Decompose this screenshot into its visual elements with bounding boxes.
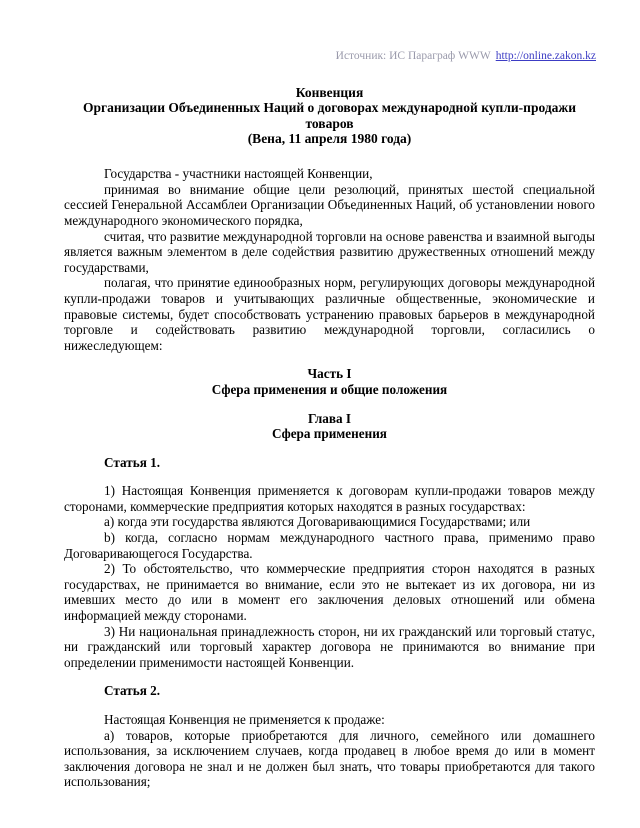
- article-2-paragraph: а) товаров, которые приобретаются для ли…: [64, 728, 595, 790]
- preamble-paragraph: Государства - участники настоящей Конвен…: [64, 166, 595, 182]
- title-line-4: (Вена, 11 апреля 1980 года): [64, 131, 595, 146]
- title-line-1: Конвенция: [64, 85, 595, 100]
- source-label: Источник: ИС Параграф WWW: [336, 50, 491, 62]
- article-2-paragraph: Настоящая Конвенция не применяется к про…: [64, 712, 595, 728]
- article-1-paragraph: 1) Настоящая Конвенция применяется к дог…: [64, 483, 595, 514]
- source-line: Источник: ИС Параграф WWWhttp://online.z…: [0, 0, 640, 63]
- article-2-body: Настоящая Конвенция не применяется к про…: [64, 712, 595, 790]
- part-1-number: Часть I: [64, 366, 595, 382]
- preamble-paragraph: полагая, что принятие единообразных норм…: [64, 275, 595, 353]
- document-body: Конвенция Организации Объединенных Наций…: [64, 85, 595, 790]
- part-1-heading: Часть I Сфера применения и общие положен…: [64, 366, 595, 397]
- title-line-3: товаров: [64, 116, 595, 131]
- chapter-1-number: Глава I: [64, 411, 595, 427]
- document-page: Источник: ИС Параграф WWWhttp://online.z…: [0, 0, 640, 828]
- article-1-paragraph: 3) Ни национальная принадлежность сторон…: [64, 624, 595, 671]
- document-title: Конвенция Организации Объединенных Наций…: [64, 85, 595, 146]
- article-1-paragraph: а) когда эти государства являются Догова…: [64, 514, 595, 530]
- part-1-title: Сфера применения и общие положения: [64, 382, 595, 398]
- chapter-1-heading: Глава I Сфера применения: [64, 411, 595, 442]
- preamble-paragraph: принимая во внимание общие цели резолюци…: [64, 182, 595, 229]
- source-link[interactable]: http://online.zakon.kz: [496, 50, 596, 62]
- article-1-body: 1) Настоящая Конвенция применяется к дог…: [64, 483, 595, 670]
- article-1-paragraph: b) когда, согласно нормам международного…: [64, 530, 595, 561]
- title-line-2: Организации Объединенных Наций о договор…: [64, 100, 595, 115]
- preamble-paragraph: считая, что развитие международной торго…: [64, 229, 595, 276]
- article-1-paragraph: 2) То обстоятельство, что коммерческие п…: [64, 561, 595, 623]
- preamble: Государства - участники настоящей Конвен…: [64, 166, 595, 353]
- article-1-heading: Статья 1.: [64, 455, 595, 471]
- chapter-1-title: Сфера применения: [64, 426, 595, 442]
- article-2-heading: Статья 2.: [64, 683, 595, 699]
